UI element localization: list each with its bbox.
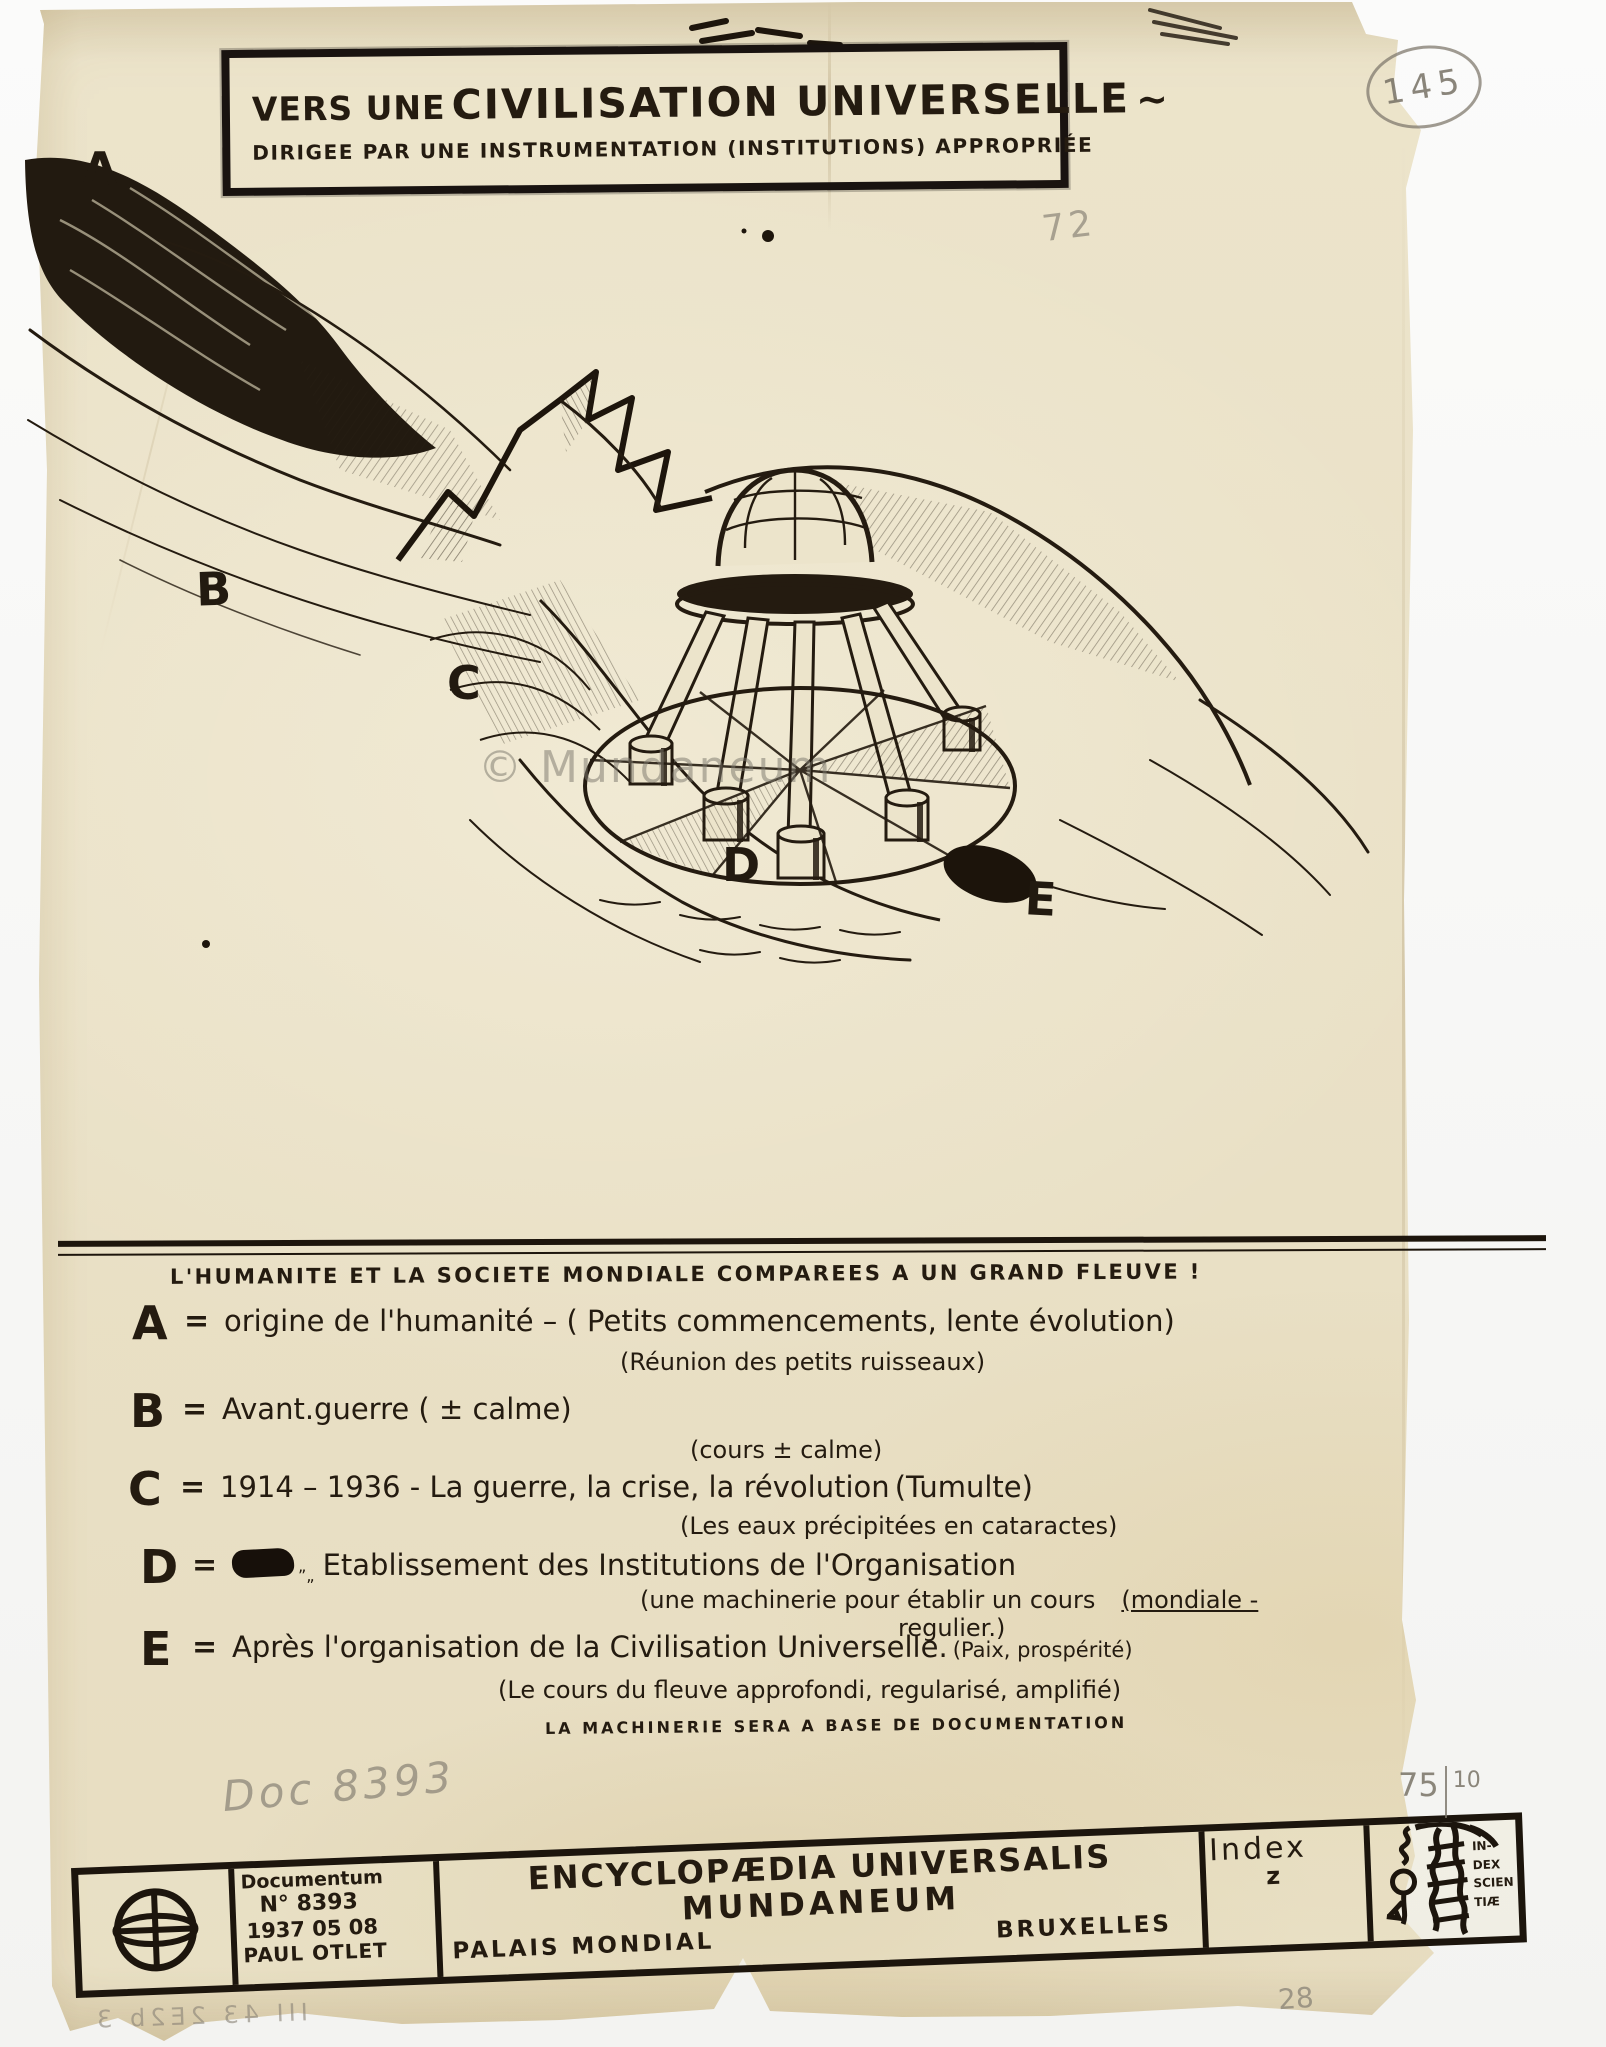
legend-sub-tail: (mondiale - (1121, 1586, 1258, 1614)
title-main: CIVILISATION UNIVERSELLE (451, 74, 1130, 129)
sketch-word: DEX (1472, 1854, 1513, 1874)
legend-letter: E (140, 1622, 192, 1676)
drawing-label-a: A (82, 142, 118, 196)
legend-sub-text: (une machinerie pour établir un cours (640, 1586, 1095, 1614)
legend-sub-e: (Le cours du fleuve approfondi, regulari… (498, 1676, 1121, 1704)
ink-smudges (692, 10, 1236, 45)
legend-tail: (Tumulte) (895, 1470, 1033, 1504)
drawing-label-d: D (722, 838, 760, 892)
legend-letter: A (132, 1296, 184, 1350)
legend-tail: (Paix, prospérité) (953, 1638, 1133, 1662)
watermark: © Mundaneum (478, 742, 832, 793)
equals-sign: = (192, 1548, 232, 1583)
pencil-75: 75 (1398, 1766, 1439, 1804)
equals-sign: = (192, 1630, 232, 1665)
ink-blot (231, 1547, 294, 1578)
documentum-author: PAUL OTLET (243, 1937, 431, 1968)
scanned-document: { "watermark": "© Mundaneum", "title_box… (0, 0, 1606, 2047)
legend-row-e: E=Après l'organisation de la Civilisatio… (140, 1622, 1133, 1676)
legend-row-a: A=origine de l'humanité – ( Petits comme… (132, 1296, 1175, 1350)
index-scientiae-text: IN- DEX SCIEN TIÆ (1472, 1836, 1515, 1912)
title-line: VERS UNE CIVILISATION UNIVERSELLE ~ (252, 75, 1042, 131)
documentum-cell: Documentum N° 8393 1937 05 08 PAUL OTLET (228, 1861, 437, 1985)
legend-text: Etablissement des Institutions de l'Orga… (323, 1548, 1017, 1582)
pencil-28: 28 (1277, 1981, 1315, 2016)
legend-row-c: C=1914 – 1936 - La guerre, la crise, la … (128, 1462, 1033, 1516)
legend-letter: D (140, 1540, 192, 1594)
legend-sub-d: (une machinerie pour établir un cours(mo… (640, 1586, 1258, 1614)
drawing-label-c: C (447, 656, 481, 710)
sketch-word: SCIEN (1473, 1873, 1514, 1893)
equals-sign: = (182, 1392, 222, 1427)
title-subtitle: DIRIGEE PAR UNE INSTRUMENTATION (INSTITU… (252, 133, 1042, 165)
drawing-label-e: E (1024, 871, 1058, 927)
pencil-10: 10 (1453, 1768, 1481, 1793)
organisation-cell: ENCYCLOPÆDIA UNIVERSALIS MUNDANEUM PALAI… (433, 1832, 1203, 1977)
legend-row-b: B=Avant.guerre ( ± calme) (130, 1384, 572, 1438)
drawing-label-b: B (195, 561, 232, 616)
legend-sub-a: (Réunion des petits ruisseaux) (620, 1348, 985, 1376)
legend-text: Après l'organisation de la Civilisation … (232, 1630, 948, 1664)
legend-text: Avant.guerre ( ± calme) (222, 1392, 572, 1426)
pencil-75-10: 75 10 (1398, 1766, 1481, 1818)
index-cell: Index z (1198, 1825, 1367, 1947)
sketch-word: TIÆ (1474, 1892, 1515, 1912)
pencil-divider (1445, 1766, 1447, 1818)
legend-sub-b: (cours ± calme) (690, 1436, 882, 1464)
globe-cell (78, 1869, 232, 1991)
legend-sub-c: (Les eaux précipitées en cataractes) (680, 1512, 1117, 1540)
index-scientiae-cell: IN- DEX SCIEN TIÆ (1363, 1820, 1519, 1942)
legend-text: 1914 – 1936 - La guerre, la crise, la ré… (220, 1470, 890, 1504)
title-prefix: VERS UNE (252, 88, 446, 129)
globe-icon (107, 1881, 205, 1979)
title-box: VERS UNE CIVILISATION UNIVERSELLE ~ DIRI… (221, 42, 1068, 196)
equals-sign: = (180, 1470, 220, 1505)
legend-letter: B (130, 1384, 182, 1438)
legend-text: origine de l'humanité – ( Petits commenc… (224, 1304, 1175, 1338)
org-city: BRUXELLES (996, 1911, 1173, 1944)
pencil-number: 72 (1040, 203, 1098, 250)
equals-sign: = (184, 1304, 224, 1339)
scratch-marks: ”„ (298, 1566, 315, 1585)
title-tilde: ~ (1136, 77, 1169, 121)
legend-letter: C (128, 1462, 180, 1516)
sketch-word: IN- (1472, 1836, 1513, 1856)
